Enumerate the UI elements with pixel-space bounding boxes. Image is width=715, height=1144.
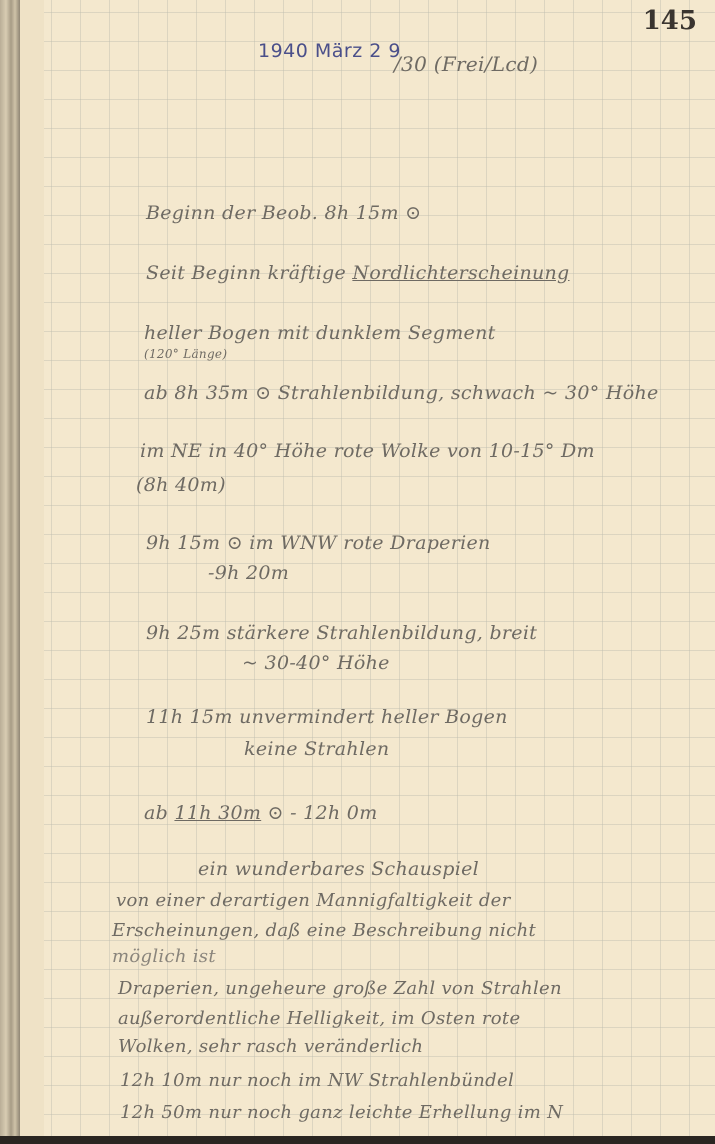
page-number: 145 xyxy=(643,6,697,36)
entry-line: von einer derartigen Mannigfaltigkeit de… xyxy=(116,890,511,911)
notebook-binding xyxy=(0,0,20,1144)
entry-line: Seit Beginn kräftige Nordlichterscheinun… xyxy=(146,262,570,284)
entry-line: ab 8h 35m ⊙ Strahlenbildung, schwach ~ 3… xyxy=(144,382,659,404)
entry-line: Beginn der Beob. 8h 15m ⊙ xyxy=(146,202,421,224)
entry-line: außerordentliche Helligkeit, im Osten ro… xyxy=(118,1008,520,1029)
entry-line: 12h 10m nur noch im NW Strahlenbündel xyxy=(120,1070,514,1091)
entry-line: 9h 25m stärkere Strahlenbildung, breit xyxy=(146,622,537,644)
entry-line: ein wunderbares Schauspiel xyxy=(198,858,479,880)
entry-line: 12h 50m nur noch ganz leichte Erhellung … xyxy=(120,1102,563,1123)
entry-line: im NE in 40° Höhe rote Wolke von 10-15° … xyxy=(140,440,595,462)
entry-line: Draperien, ungeheure große Zahl von Stra… xyxy=(118,978,562,999)
date-stamp: 1940 März 2 9 xyxy=(258,40,401,62)
entry-line: (8h 40m) xyxy=(136,474,226,496)
bottom-edge xyxy=(0,1136,715,1144)
entry-line: keine Strahlen xyxy=(244,738,389,760)
entry-line: ab 11h 30m ⊙ - 12h 0m xyxy=(144,802,378,824)
page-margin-edge xyxy=(20,0,45,1144)
entry-line: 9h 15m ⊙ im WNW rote Draperien xyxy=(146,532,491,554)
emphasis-text: 11h 30m xyxy=(174,802,261,824)
entry-line: möglich ist xyxy=(112,946,216,967)
date-handwritten: /30 (Frei/Lcd) xyxy=(394,52,538,76)
emphasis-text: Nordlichterscheinung xyxy=(352,262,569,284)
entry-line: Erscheinungen, daß eine Beschreibung nic… xyxy=(112,920,536,941)
entry-line: heller Bogen mit dunklem Segment xyxy=(144,322,496,344)
entry-note: (120° Länge) xyxy=(144,347,227,361)
entry-line: Wolken, sehr rasch veränderlich xyxy=(118,1036,423,1057)
entry-line: ~ 30-40° Höhe xyxy=(242,652,390,674)
entry-line: -9h 20m xyxy=(208,562,289,584)
entry-line: 11h 15m unvermindert heller Bogen xyxy=(146,706,508,728)
